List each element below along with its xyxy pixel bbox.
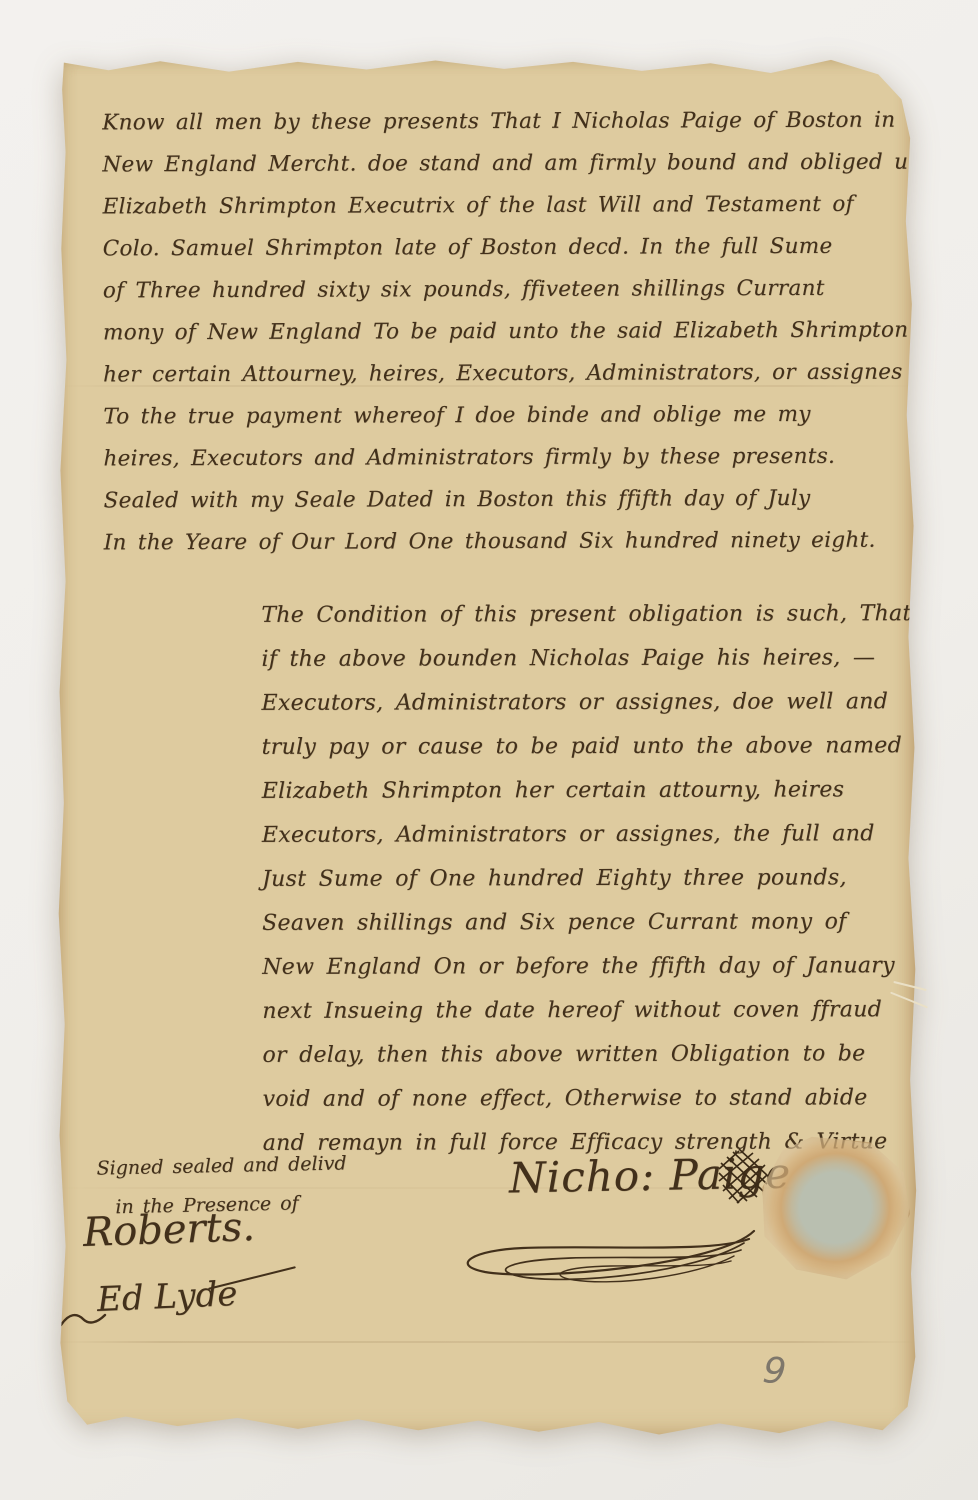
manuscript-page-wrap: Know all men by these presents That I Ni… — [57, 55, 917, 1440]
manuscript-line: Elizabeth Shrimpton Executrix of the las… — [102, 184, 892, 229]
manuscript-line: of Three hundred sixty six pounds, ffive… — [103, 268, 893, 313]
witness-signature-roberts: Roberts. — [82, 1204, 255, 1256]
manuscript-line: Colo. Samuel Shrimpton late of Boston de… — [103, 226, 893, 271]
manuscript-line: Seaven shillings and Six pence Currant m… — [262, 900, 922, 946]
signature-crosshatch — [717, 1147, 769, 1205]
manuscript-line: Just Sume of One hundred Eighty three po… — [262, 856, 922, 902]
manuscript-line: Know all men by these presents That I Ni… — [102, 100, 892, 145]
manuscript-line: New England Mercht. doe stand and am fir… — [102, 142, 892, 187]
fold-crease — [57, 1341, 917, 1343]
witness-signature-lyde: Ed Lyde — [96, 1274, 238, 1320]
manuscript-line: Elizabeth Shrimpton her certain attourny… — [262, 768, 922, 814]
manuscript-line: if the above bounden Nicholas Paige his … — [261, 636, 921, 682]
manuscript-line: Executors, Administrators or assignes, t… — [262, 812, 922, 858]
manuscript-line: Sealed with my Seale Dated in Boston thi… — [104, 478, 894, 523]
manuscript-line: next Insueing the date hereof without co… — [262, 988, 922, 1034]
condition-paragraph: The Condition of this present obligation… — [261, 592, 922, 1166]
manuscript-line: void and of none effect, Otherwise to st… — [263, 1076, 923, 1122]
manuscript-line: Executors, Administrators or assignes, d… — [261, 680, 921, 726]
manuscript-line: To the true payment whereof I doe binde … — [103, 394, 893, 439]
photo-background: { "document": { "body": { "lines": [ "Kn… — [0, 0, 978, 1500]
manuscript-line: mony of New England To be paid unto the … — [103, 310, 893, 355]
manuscript-line: her certain Attourney, heires, Executors… — [103, 352, 893, 397]
manuscript-line: heires, Executors and Administrators fir… — [103, 436, 893, 481]
manuscript-line: New England On or before the ffifth day … — [262, 944, 922, 990]
bond-obligation-paragraph: Know all men by these presents That I Ni… — [102, 100, 894, 565]
manuscript-line: truly pay or cause to be paid unto the a… — [262, 724, 922, 770]
manuscript-line: The Condition of this present obligation… — [261, 592, 921, 638]
manuscript-line: In the Yeare of Our Lord One thousand Si… — [104, 520, 894, 565]
manuscript-page: Know all men by these presents That I Ni… — [57, 55, 917, 1440]
archival-page-number: 9 — [761, 1350, 788, 1393]
manuscript-line: or delay, then this above written Obliga… — [262, 1032, 922, 1078]
signature-flourish — [449, 1223, 767, 1287]
attestation-line: Signed sealed and delivd — [96, 1144, 347, 1188]
